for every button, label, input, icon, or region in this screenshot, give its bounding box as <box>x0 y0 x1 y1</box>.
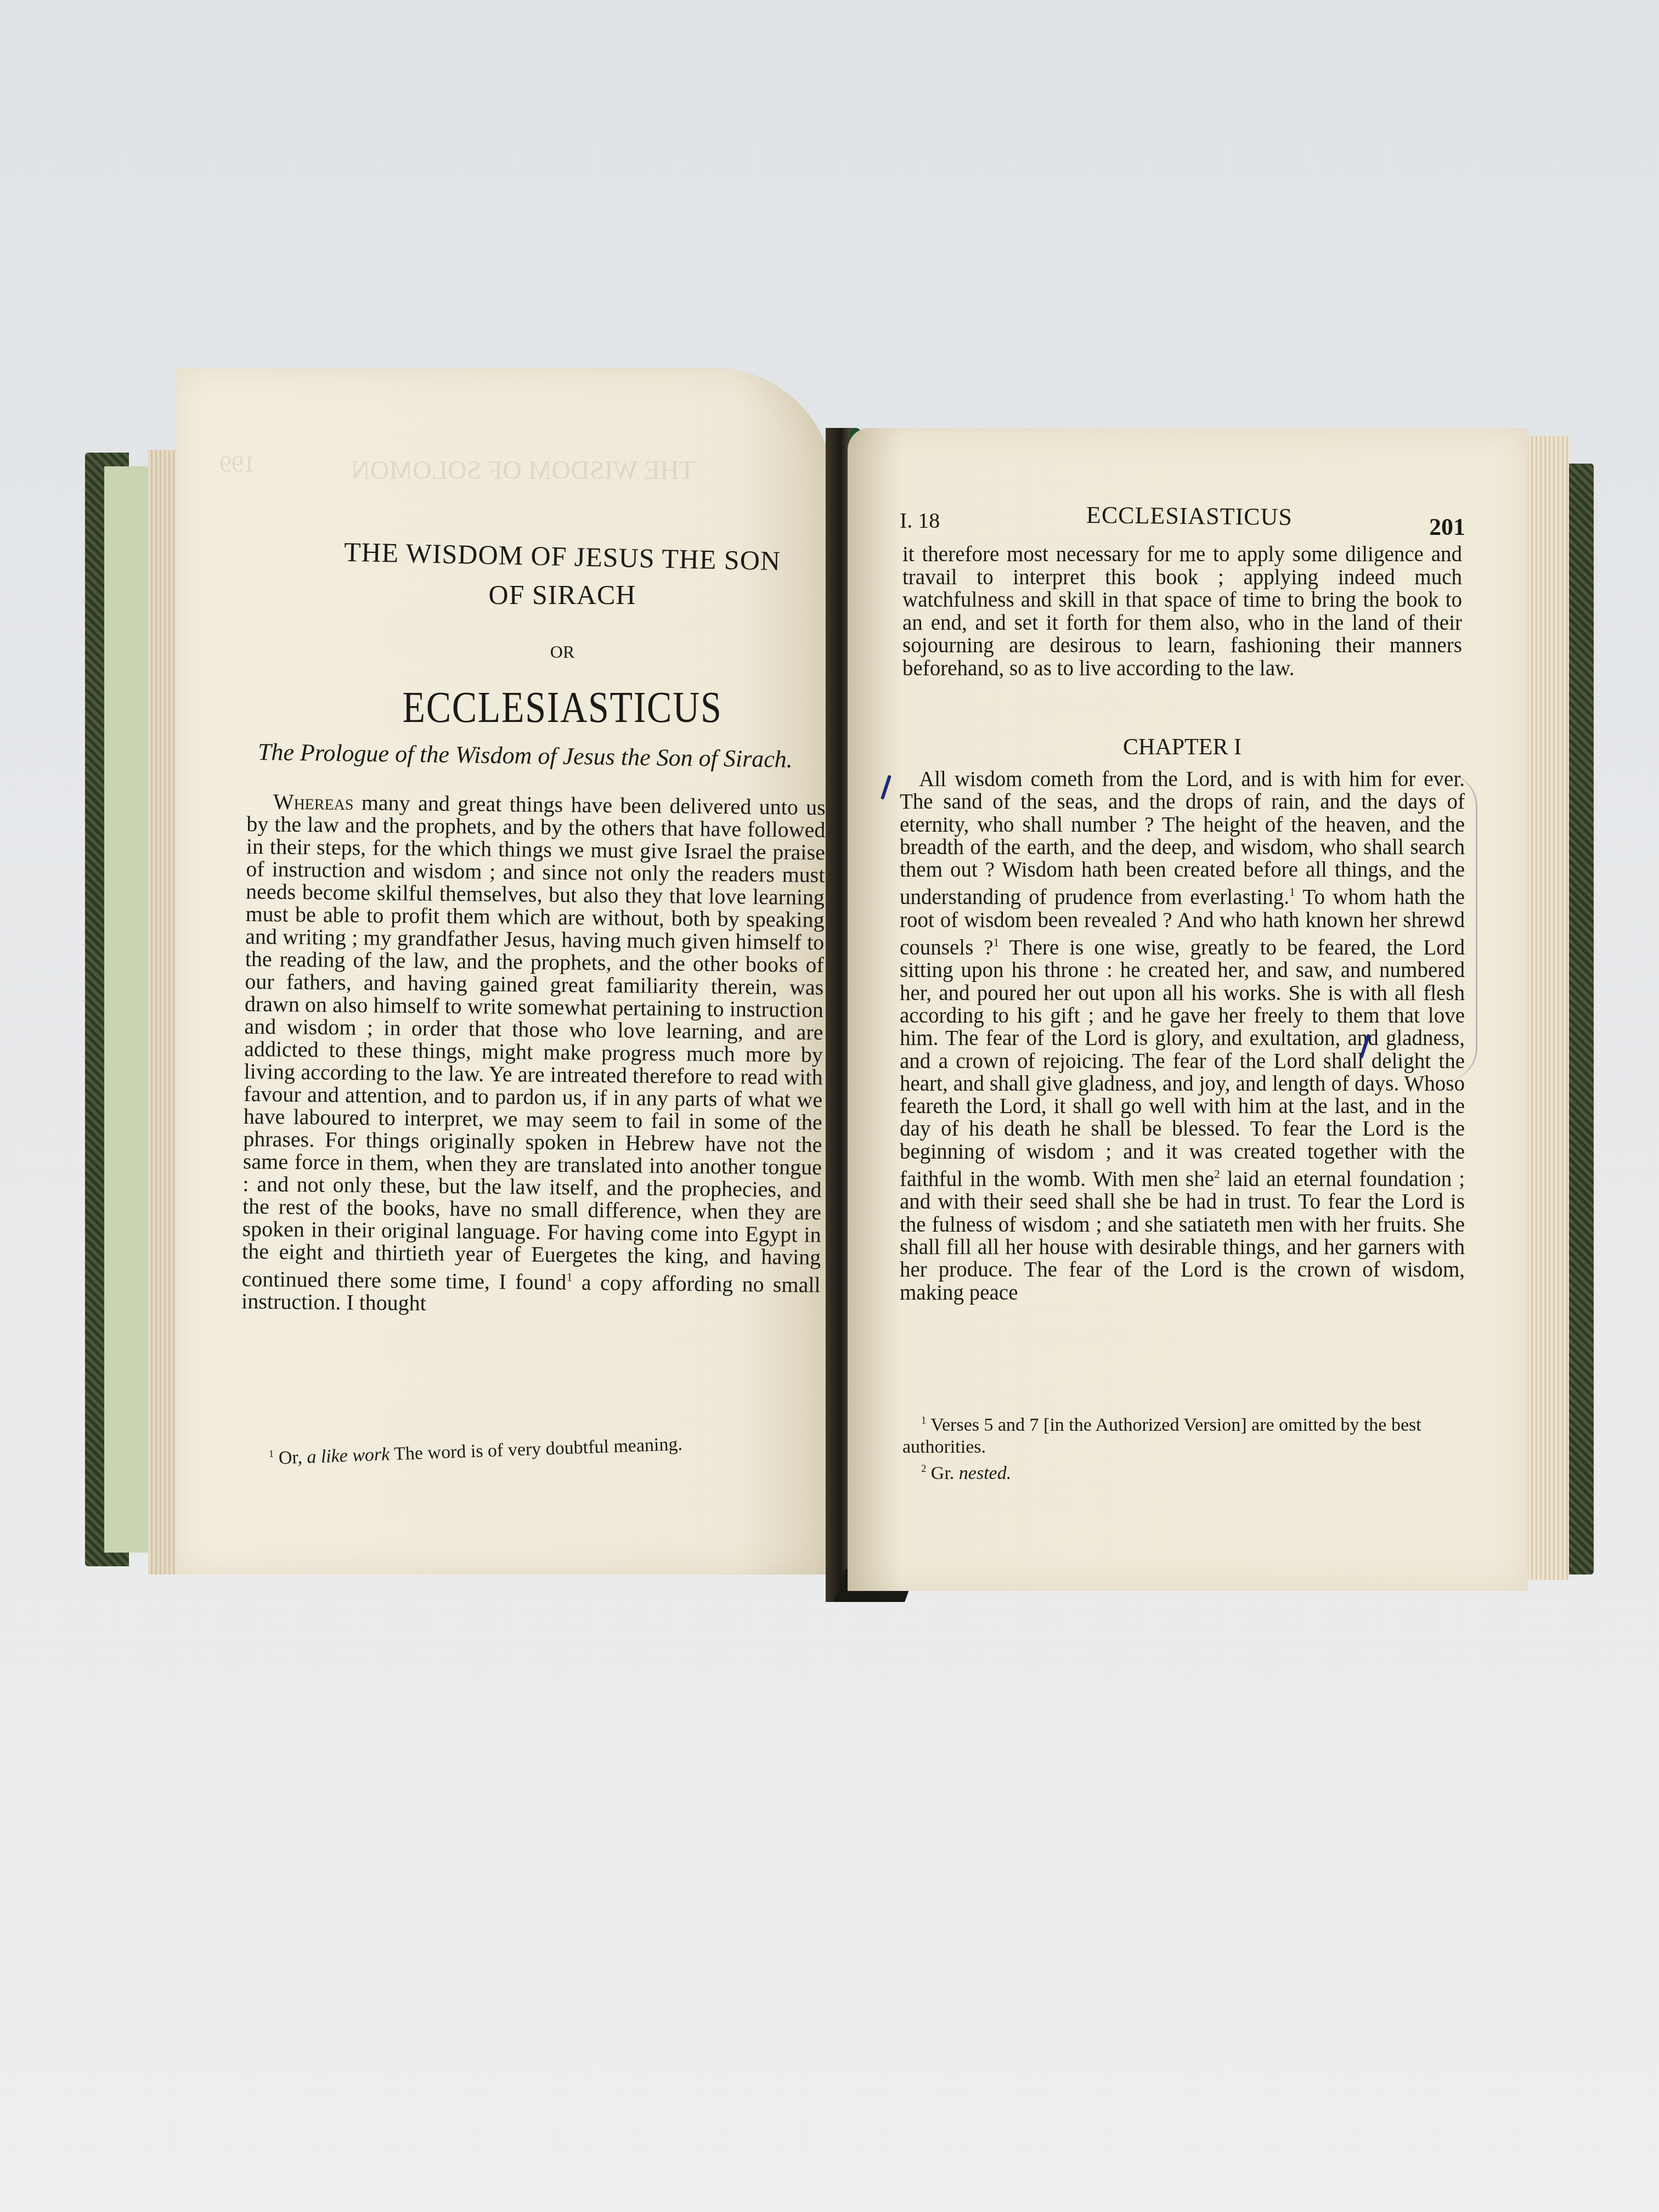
running-head-title: ECCLESIASTICUS <box>1086 501 1293 531</box>
prologue-continuation: it therefore most necessary for me to ap… <box>902 543 1462 680</box>
footnote-1: 1 Verses 5 and 7 [in the Authorized Vers… <box>902 1410 1462 1458</box>
footnote-1-text: Verses 5 and 7 [in the Authorized Versio… <box>902 1415 1421 1457</box>
open-book: 199 THE WISDOM OF SOLOMON THE WISDOM OF … <box>0 0 1659 2212</box>
chapter-heading: CHAPTER I <box>902 734 1462 760</box>
show-through-header: THE WISDOM OF SOLOMON <box>351 455 695 486</box>
left-endpaper <box>104 466 154 1553</box>
show-through-page-number: 199 <box>219 450 256 478</box>
footnote-ref-2: 2 <box>1214 1167 1220 1181</box>
footnote-italic: a like work <box>307 1444 390 1467</box>
prologue-text: many and great things have been delivere… <box>241 790 826 1294</box>
footnote-marker: 1 <box>268 1448 274 1460</box>
prologue-body: Whereas many and great things have been … <box>241 790 826 1318</box>
page-number: 201 <box>1429 513 1465 541</box>
footnote-2-marker: 2 <box>921 1463 926 1475</box>
footnote-prefix: Or, <box>278 1447 307 1469</box>
pencil-bracket-mark <box>1443 774 1477 1081</box>
chapter-body: All wisdom cometh from the Lord, and is … <box>900 768 1465 1304</box>
book-title-main: ECCLESIASTICUS <box>346 683 780 733</box>
footnote-1-marker: 1 <box>921 1415 926 1426</box>
right-footnotes: 1 Verses 5 and 7 [in the Authorized Vers… <box>902 1410 1462 1485</box>
chapter-text-c: There is one wise, greatly to be feared,… <box>900 936 1465 1191</box>
book-title-line-2: OF SIRACH <box>307 579 817 611</box>
footnote-ref-1b: 1 <box>994 936 1000 949</box>
book-title-or: OR <box>307 642 817 662</box>
footnote-2: 2 Gr. nested. <box>902 1458 1462 1485</box>
footnote-2-prefix: Gr. <box>926 1463 959 1483</box>
running-head-verse: I. 18 <box>900 507 940 533</box>
prologue-opening-word: Whereas <box>273 789 354 815</box>
footnote-2-italic: nested. <box>959 1463 1011 1483</box>
prologue-continuation-text: it therefore most necessary for me to ap… <box>902 543 1462 680</box>
footnote-ref-1: 1 <box>1289 885 1295 899</box>
footnote-ref: 1 <box>566 1270 572 1284</box>
